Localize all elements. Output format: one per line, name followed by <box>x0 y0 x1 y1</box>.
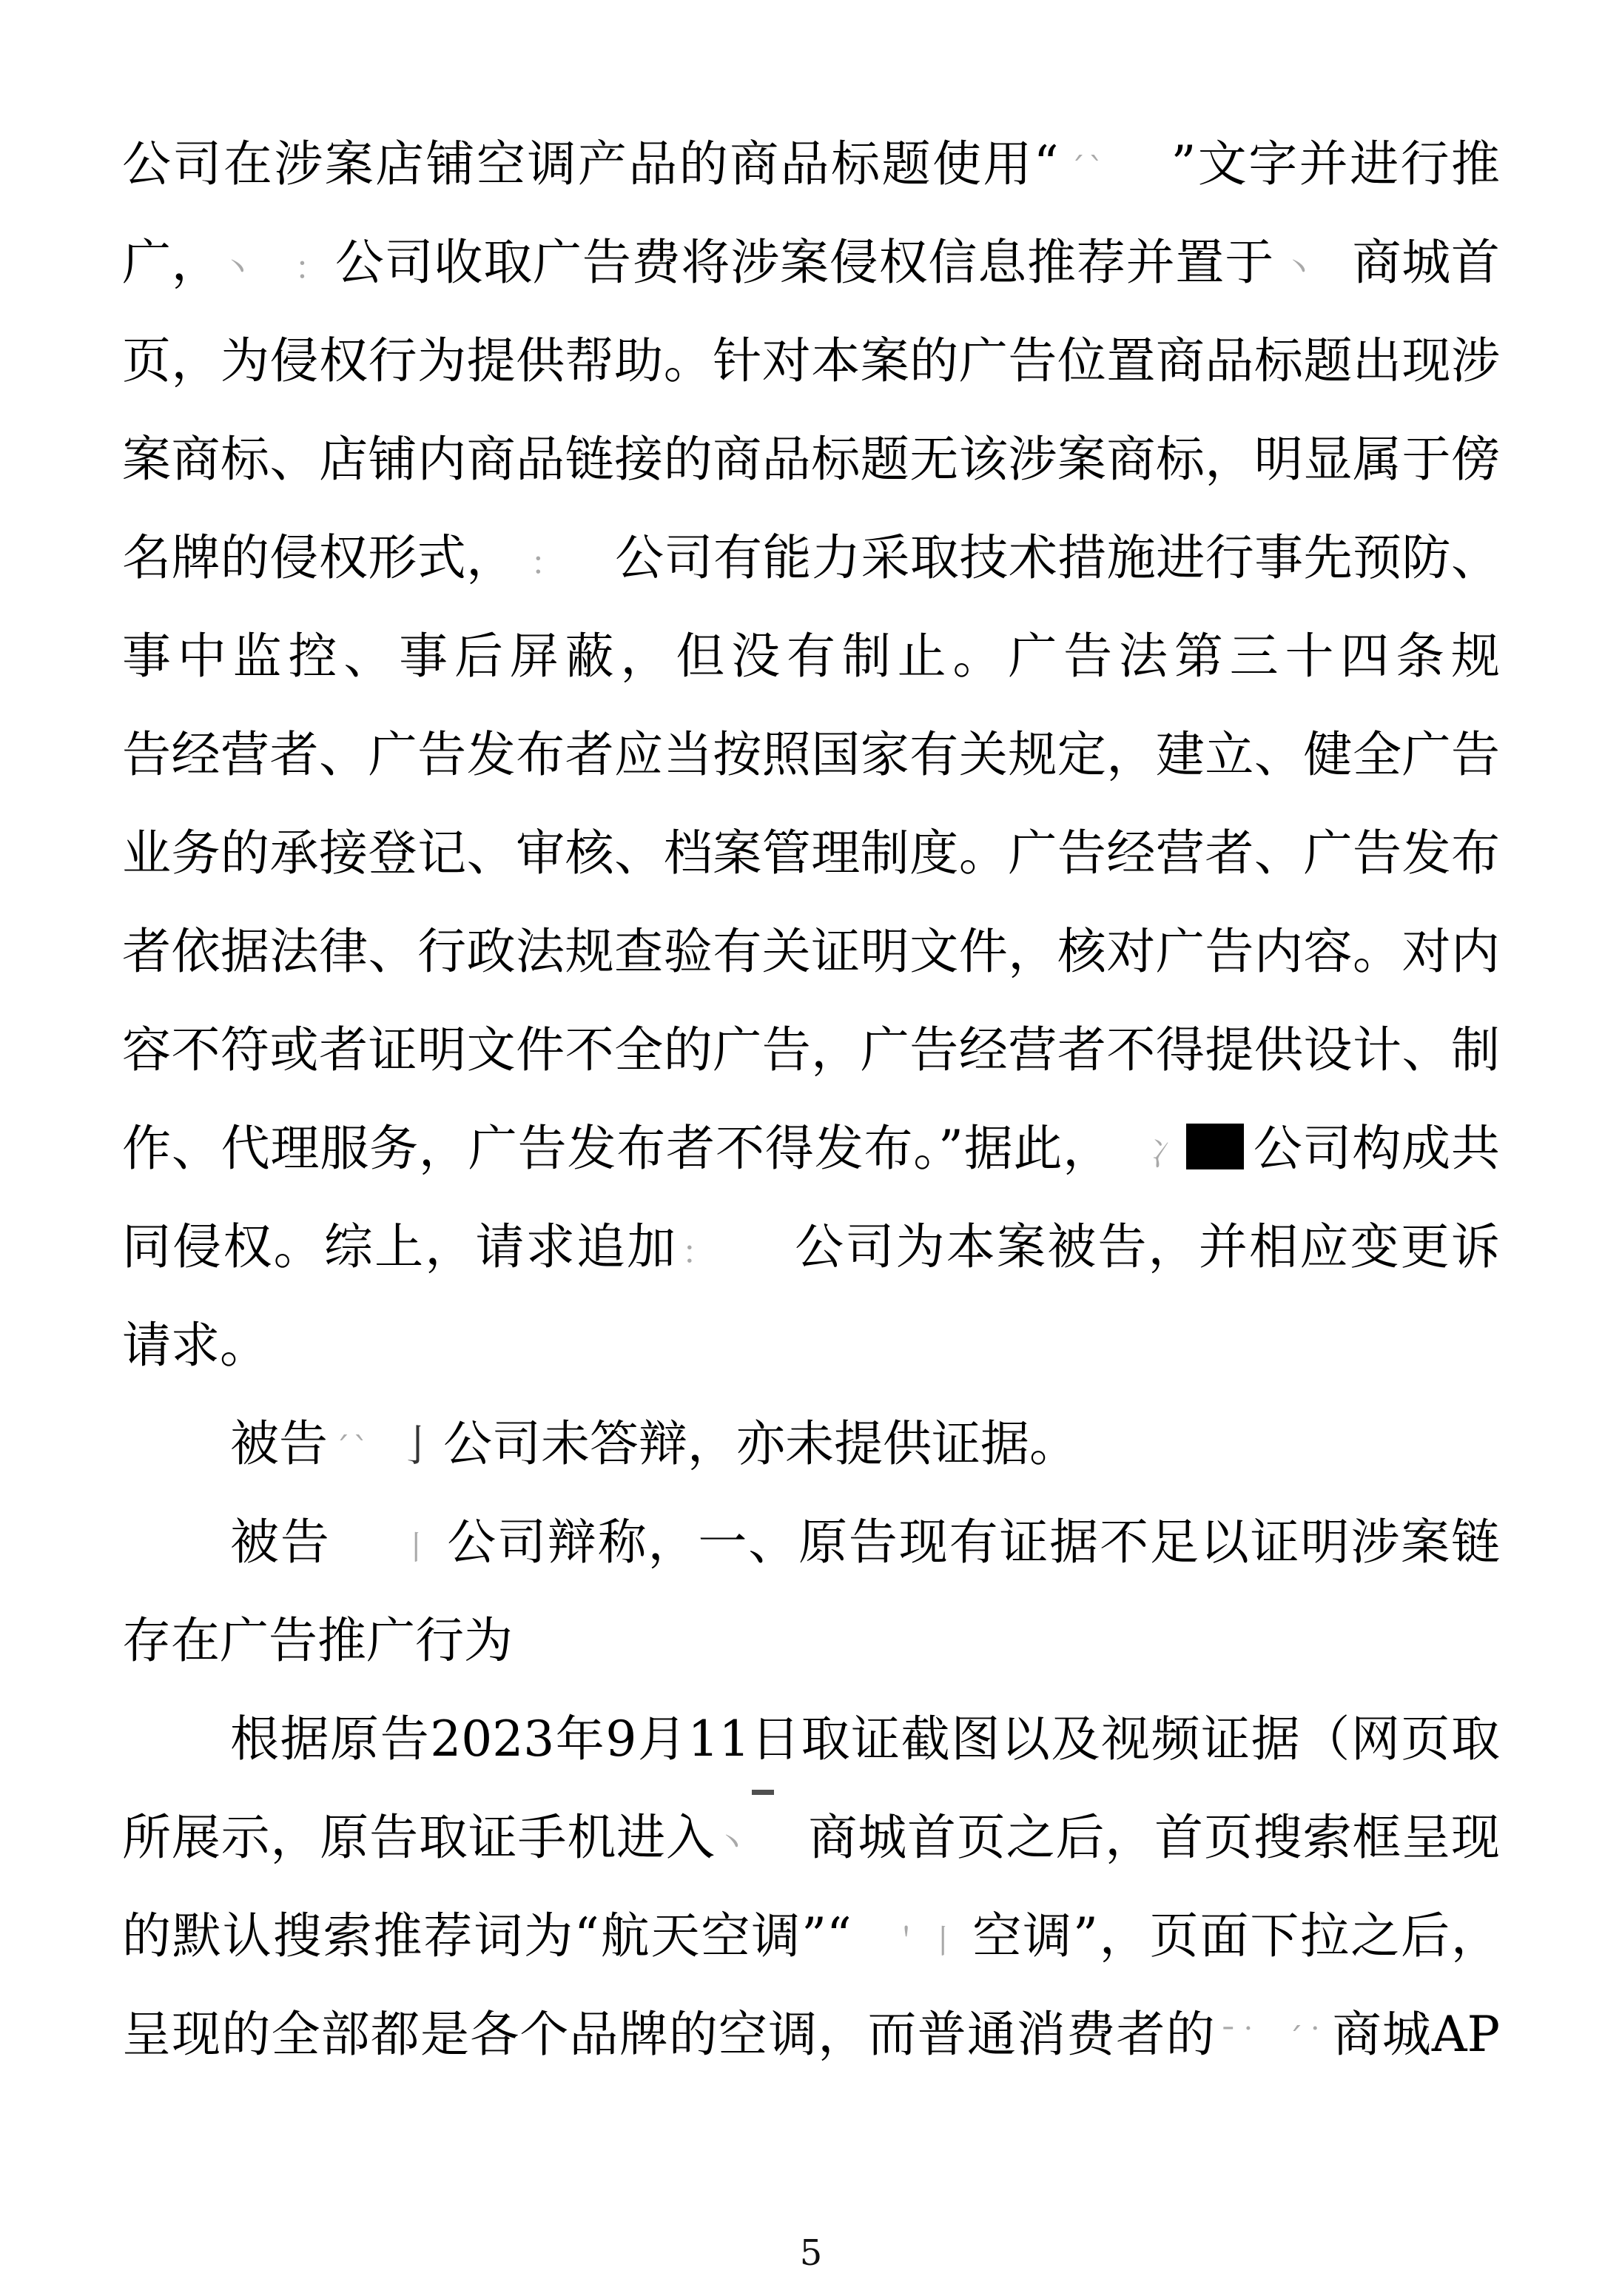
redaction-dash-remnant <box>752 1790 774 1795</box>
redaction-gap <box>437 1558 445 1559</box>
page-number: 5 <box>0 2232 1622 2274</box>
text-run: 名牌的侵权形式， <box>122 529 516 586</box>
text-run: ”文字并进行推 <box>1171 135 1500 192</box>
text-run: 公司未答辩，亦未提供证据。 <box>443 1415 1078 1472</box>
text-run: 事中监控、事后屏蔽，但没有制止。广告法第三十四条规定：“广 <box>122 628 1500 705</box>
redaction-gap <box>963 1952 971 1953</box>
redaction-gap <box>1108 180 1171 181</box>
redaction-gap <box>1112 1164 1149 1165</box>
text-run: 页，为侵权行为提供帮助。针对本案的广告位置商品标题出现涉 <box>122 332 1500 389</box>
text-line: 页，为侵权行为提供帮助。针对本案的广告位置商品标题出现涉 <box>122 312 1500 410</box>
redaction-gap <box>257 278 294 279</box>
text-run: 业务的承接登记、审核、档案管理制度。广告经营者、广告发布 <box>122 825 1500 882</box>
text-line: 被告丨公司辩称，一、原告现有证据不足以证明涉案链接 <box>122 1493 1500 1591</box>
text-line: 同侵权。综上，请求追加：公司为本案被告，并相应变更诉讼 <box>122 1198 1500 1296</box>
text-run: 公司收取广告费将涉案侵权信息推荐并置于 <box>334 234 1274 291</box>
text-run: 公司有能力采取技术措施进行事先预防、 <box>615 529 1500 586</box>
text-run: 根据原告2023年9月11日取证截图以及视频证据（网页取证） <box>230 1711 1500 1788</box>
text-run: 商城首 <box>1352 234 1500 291</box>
redaction-remnant-mark: ¯˙ <box>1220 2021 1260 2059</box>
redaction-gap <box>328 1460 334 1460</box>
redaction-gap <box>1059 180 1069 181</box>
redaction-remnant-mark: 丶 <box>1282 249 1319 287</box>
redaction-gap <box>372 1460 396 1460</box>
text-run: 存在广告推广行为 <box>122 1612 513 1669</box>
text-line: 所展示，原告取证手机进入丶商城首页之后，首页搜索框呈现 <box>122 1788 1500 1887</box>
text-line: 呈现的全部都是各个品牌的空调，而普通消费者的¯˙´˙商城APP <box>122 1985 1500 2084</box>
redaction-remnant-mark: ´` <box>1069 151 1108 189</box>
text-run: 者依据法律、行政法规查验有关证明文件，核对广告内容。对内 <box>122 923 1500 980</box>
text-run: 请求。 <box>122 1317 269 1374</box>
text-run: 商城首页之后，首页搜索框呈现 <box>808 1809 1500 1866</box>
text-line: 的默认搜索推荐词为“航天空调”“＇丨空调”，页面下拉之后， <box>122 1887 1500 1985</box>
redaction-gap <box>719 1263 793 1263</box>
text-line: 容不符或者证明文件不全的广告，广告经营者不得提供设计、制 <box>122 1001 1500 1099</box>
text-run: 被告 <box>230 1514 331 1571</box>
redaction-remnant-mark: ： <box>680 1234 719 1272</box>
text-line: 广，丶：公司收取广告费将涉案侵权信息推荐并置于丶商城首 <box>122 213 1500 312</box>
text-line: 业务的承接登记、审核、档案管理制度。广告经营者、广告发布 <box>122 804 1500 902</box>
text-run: 公司在涉案店铺空调产品的商品标题使用“ <box>122 135 1059 192</box>
redaction-remnant-mark: 丶 <box>716 1825 752 1862</box>
redaction-gap <box>567 574 615 574</box>
redaction-gap <box>1319 278 1352 279</box>
text-line: 告经营者、广告发布者应当按照国家有关规定，建立、健全广告 <box>122 705 1500 804</box>
redaction-gap <box>331 1558 399 1559</box>
text-line: 作、代理服务，广告发布者不得发布。”据此，冫公司构成共 <box>122 1099 1500 1198</box>
text-run: 广， <box>122 234 221 291</box>
redaction-remnant-mark: ： <box>531 545 567 583</box>
text-run: 同侵权。综上，请求追加 <box>122 1218 677 1275</box>
text-run: 所展示，原告取证手机进入 <box>122 1809 716 1866</box>
text-line: 事中监控、事后屏蔽，但没有制止。广告法第三十四条规定：“广 <box>122 607 1500 705</box>
text-run: 的默认搜索推荐词为“航天空调”“ <box>122 1907 852 1964</box>
redaction-gap <box>516 574 531 574</box>
text-line: 名牌的侵权形式，：公司有能力采取技术措施进行事先预防、 <box>122 508 1500 607</box>
text-line: 存在广告推广行为 <box>122 1591 1500 1690</box>
text-run: 作、代理服务，广告发布者不得发布。”据此， <box>122 1120 1112 1177</box>
text-run: 被告 <box>230 1415 328 1472</box>
text-line: 案商标、店铺内商品链接的商品标题无该涉案商标，明显属于傍 <box>122 410 1500 508</box>
redaction-remnant-mark: 亅 <box>396 1420 439 1471</box>
redaction-remnant-mark: ＇丨 <box>889 1923 964 1961</box>
text-run: 空调”，页面下拉之后， <box>971 1907 1500 1964</box>
redaction-gap <box>1274 278 1282 279</box>
text-block: 公司在涉案店铺空调产品的商品标题使用“´`”文字并进行推广，丶：公司收取广告费将… <box>122 115 1500 2084</box>
redaction-box <box>1186 1124 1244 1169</box>
redaction-remnant-mark: ： <box>294 249 331 287</box>
redaction-gap <box>774 1853 808 1854</box>
redaction-gap <box>852 1952 889 1953</box>
redaction-remnant-mark: 丨 <box>399 1529 437 1567</box>
redaction-remnant-mark: 冫 <box>1149 1135 1186 1173</box>
text-line: 公司在涉案店铺空调产品的商品标题使用“´`”文字并进行推 <box>122 115 1500 213</box>
redaction-gap <box>1260 2050 1287 2051</box>
text-run: 公司构成共 <box>1253 1120 1500 1177</box>
text-line: 者依据法律、行政法规查验有关证明文件，核对广告内容。对内 <box>122 902 1500 1001</box>
text-run: 案商标、店铺内商品链接的商品标题无该涉案商标，明显属于傍 <box>122 431 1500 488</box>
redaction-remnant-mark: ´˙ <box>1287 2021 1327 2059</box>
text-run: 告经营者、广告发布者应当按照国家有关规定，建立、健全广告 <box>122 726 1500 783</box>
redaction-gap <box>1244 1164 1253 1165</box>
text-run: 呈现的全部都是各个品牌的空调，而普通消费者的 <box>122 2006 1216 2063</box>
redaction-remnant-mark: ´` <box>334 1431 372 1468</box>
text-run: 容不符或者证明文件不全的广告，广告经营者不得提供设计、制 <box>122 1021 1500 1078</box>
text-line: 根据原告2023年9月11日取证截图以及视频证据（网页取证） <box>122 1690 1500 1788</box>
text-line: 请求。 <box>122 1296 1500 1394</box>
text-line: 被告´`亅公司未答辩，亦未提供证据。 <box>122 1394 1500 1493</box>
redaction-remnant-mark: 丶 <box>221 249 258 287</box>
scanned-court-document-page: 公司在涉案店铺空调产品的商品标题使用“´`”文字并进行推广，丶：公司收取广告费将… <box>0 0 1622 2296</box>
